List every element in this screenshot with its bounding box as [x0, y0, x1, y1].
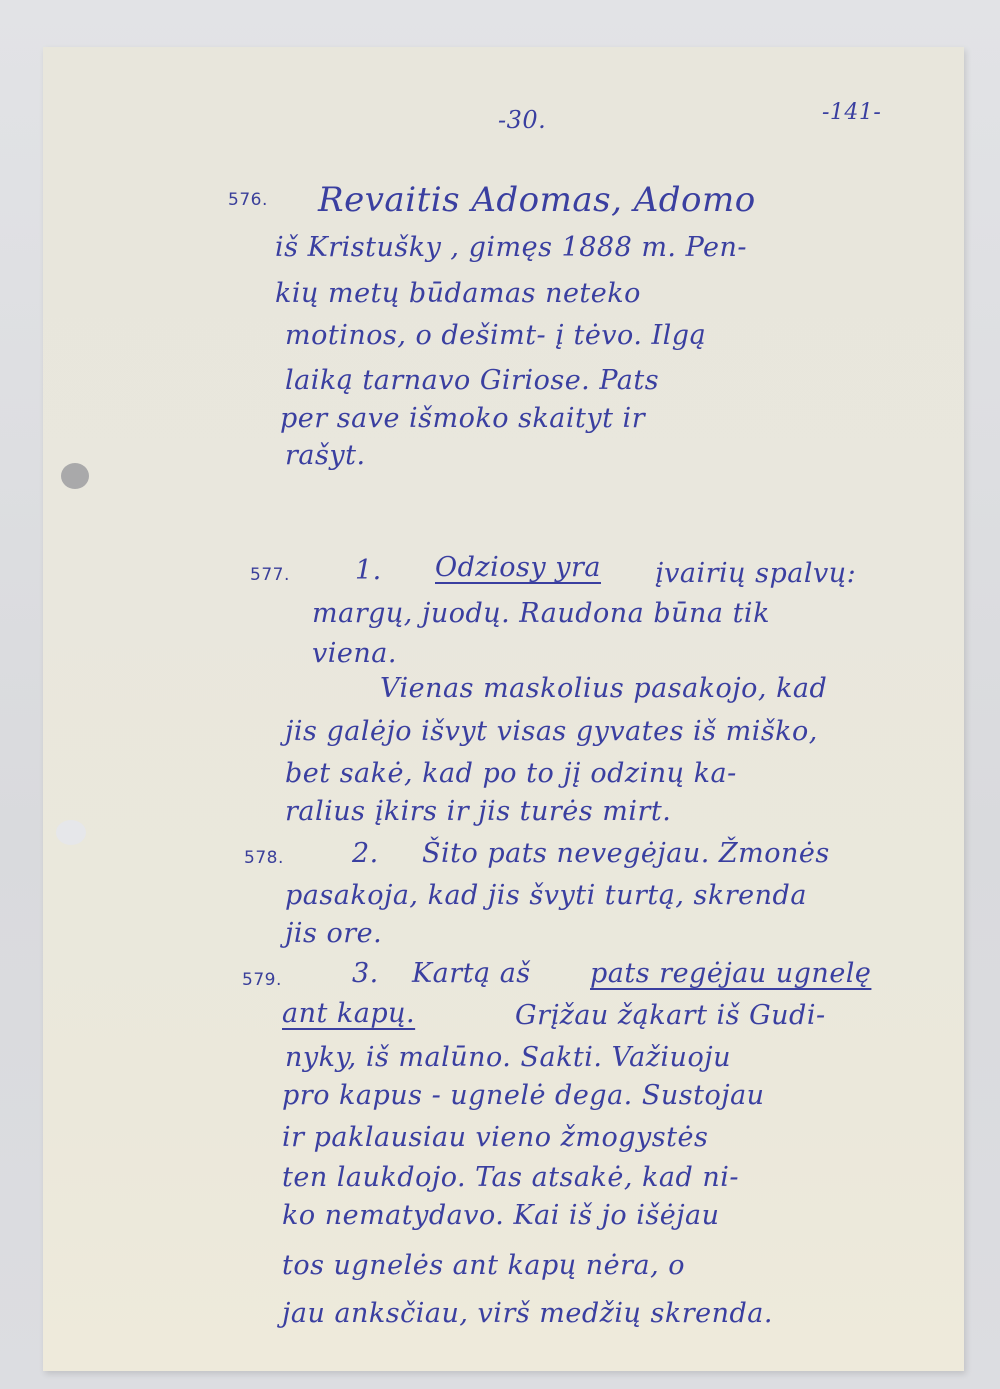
entry-579-item-number: 3. — [352, 958, 379, 989]
entry-579-underlined-phrase-2: ant kapų. — [282, 998, 415, 1029]
entry-number-579: 579. — [242, 970, 282, 990]
entry-577-line-7: ralius įkirs ir jis turės mirt. — [285, 796, 671, 827]
entry-number-576: 576. — [228, 190, 268, 210]
entry-579-line-6: ten laukdojo. Tas atsakė, kad ni- — [282, 1162, 739, 1193]
entry-579-line-9: jau anksčiau, virš medžių skrenda. — [282, 1298, 773, 1329]
entry-578-line-2: pasakoja, kad jis švyti turtą, skrenda — [285, 880, 807, 911]
entry-576-line-1: Revaitis Adomas, Adomo — [318, 180, 756, 220]
entry-577-line-6: bet sakė, kad po to jį odzinų ka- — [285, 758, 737, 789]
entry-579-line-2: Grįžau žąkart iš Gudi- — [515, 1000, 826, 1031]
entry-579-line-7: ko nematydavo. Kai iš jo išėjau — [282, 1200, 720, 1231]
entry-577-underlined-term: Odziosy yra — [435, 552, 601, 583]
entry-578-line-1: Šito pats nevegėjau. Žmonės — [422, 838, 830, 869]
entry-577-line-4: Vienas maskolius pasakojo, kad — [380, 673, 827, 704]
entry-577-line-1: įvairių spalvų: — [655, 558, 856, 589]
entry-579-line-1: Kartą aš — [412, 958, 531, 989]
entry-576-line-7: rašyt. — [285, 440, 366, 471]
entry-576-line-5: laiką tarnavo Giriose. Pats — [285, 365, 659, 396]
entry-number-577: 577. — [250, 565, 290, 585]
entry-579-line-3: nyky, iš malūno. Sakti. Važiuoju — [285, 1042, 731, 1073]
page-number-center: -30. — [498, 106, 546, 134]
entry-576-line-4: motinos, o dešimt- į tėvo. Ilgą — [285, 320, 706, 351]
entry-577-line-3: viena. — [312, 638, 397, 669]
entry-578-item-number: 2. — [352, 838, 379, 869]
entry-576-line-3: kių metų būdamas netekо — [275, 278, 641, 309]
entry-576-line-6: per save išmoko skaityt ir — [280, 403, 645, 434]
entry-number-578: 578. — [244, 848, 284, 868]
entry-579-line-8: tos ugnelės ant kapų nėra, o — [282, 1250, 685, 1281]
entry-577-line-5: jis galėjo išvyt visas gyvates iš miško, — [285, 716, 818, 747]
entry-578-line-3: jis ore. — [285, 918, 382, 949]
punch-hole-top — [61, 463, 89, 489]
entry-579-underlined-phrase-1: pats regėjau ugnelę — [590, 958, 871, 989]
entry-579-line-5: ir paklausiau vieno žmogystės — [282, 1122, 708, 1153]
punch-hole-bottom — [56, 820, 86, 845]
entry-576-line-2: iš Kristušky , gimęs 1888 m. Pen- — [275, 232, 747, 263]
entry-579-line-4: pro kapus - ugnelė dega. Sustojau — [282, 1080, 765, 1111]
entry-577-line-2: margų, juodų. Raudona būna tik — [312, 598, 770, 629]
page-number-right: -141- — [822, 100, 881, 125]
entry-577-item-number: 1. — [355, 555, 382, 586]
